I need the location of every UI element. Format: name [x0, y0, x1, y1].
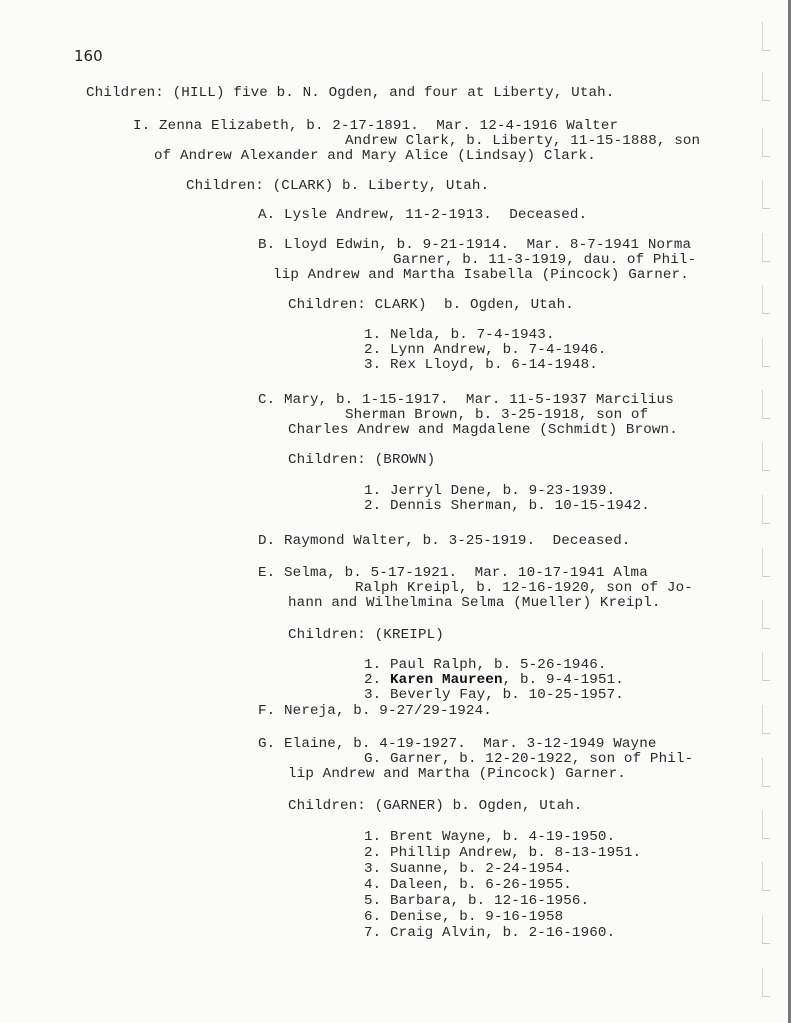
entry-b-child-3: 3. Rex Lloyd, b. 6-14-1948. — [364, 357, 598, 373]
entry-b-children-heading: Children: CLARK) b. Ogden, Utah. — [288, 297, 574, 313]
entry-f-line1: F. Nereja, b. 9-27/29-1924. — [258, 703, 492, 719]
entry-i-line1: I. Zenna Elizabeth, b. 2-17-1891. Mar. 1… — [133, 118, 618, 134]
edge-mark — [762, 338, 770, 367]
entry-c-children-heading: Children: (BROWN) — [288, 452, 435, 468]
entry-e-child-1: 1. Paul Ralph, b. 5-26-1946. — [364, 657, 607, 673]
edge-mark — [762, 390, 770, 419]
entry-e-line2: Ralph Kreipl, b. 12-16-1920, son of Jo- — [355, 580, 693, 596]
entry-i-line2: Andrew Clark, b. Liberty, 11-15-1888, so… — [345, 133, 700, 149]
edge-mark — [762, 285, 770, 314]
edge-mark — [762, 600, 770, 629]
entry-e-child-3: 3. Beverly Fay, b. 10-25-1957. — [364, 687, 624, 703]
edge-mark — [762, 22, 770, 51]
entry-b-line2: Garner, b. 11-3-1919, dau. of Phil- — [393, 252, 696, 268]
entry-i-line3: of Andrew Alexander and Mary Alice (Lind… — [154, 148, 596, 164]
edge-mark — [762, 442, 770, 471]
entry-c-line2: Sherman Brown, b. 3-25-1918, son of — [345, 407, 648, 423]
entry-i-children-heading: Children: (CLARK) b. Liberty, Utah. — [186, 178, 489, 194]
entry-g-child-7: 7. Craig Alvin, b. 2-16-1960. — [364, 925, 615, 941]
edge-mark — [762, 758, 770, 787]
entry-c-line3: Charles Andrew and Magdalene (Schmidt) B… — [288, 422, 678, 438]
edge-mark — [762, 180, 770, 209]
edge-mark — [762, 233, 770, 262]
entry-g-child-6: 6. Denise, b. 9-16-1958 — [364, 909, 563, 925]
intro-line: Children: (HILL) five b. N. Ogden, and f… — [86, 85, 615, 101]
entry-d-line1: D. Raymond Walter, b. 3-25-1919. Decease… — [258, 533, 631, 549]
entry-c-line1: C. Mary, b. 1-15-1917. Mar. 11-5-1937 Ma… — [258, 392, 674, 408]
edge-mark — [762, 128, 770, 157]
entry-b-child-2: 2. Lynn Andrew, b. 7-4-1946. — [364, 342, 607, 358]
entry-a-line1: A. Lysle Andrew, 11-2-1913. Deceased. — [258, 207, 587, 223]
edge-mark — [762, 862, 770, 891]
child-2-name: Karen Maureen — [390, 672, 503, 688]
entry-g-child-1: 1. Brent Wayne, b. 4-19-1950. — [364, 829, 615, 845]
entry-b-line1: B. Lloyd Edwin, b. 9-21-1914. Mar. 8-7-1… — [258, 237, 691, 253]
child-2-number: 2. — [364, 672, 390, 688]
edge-mark — [762, 652, 770, 681]
entry-e-line3: hann and Wilhelmina Selma (Mueller) Krei… — [288, 595, 661, 611]
edge-mark — [762, 968, 770, 997]
entry-e-child-2: 2. Karen Maureen, b. 9-4-1951. — [364, 672, 624, 688]
edge-mark — [762, 705, 770, 734]
edge-mark — [762, 72, 770, 101]
edge-mark — [762, 495, 770, 524]
child-2-date: , b. 9-4-1951. — [503, 672, 624, 688]
entry-g-child-2: 2. Phillip Andrew, b. 8-13-1951. — [364, 845, 641, 861]
entry-g-line1: G. Elaine, b. 4-19-1927. Mar. 3-12-1949 … — [258, 736, 657, 752]
entry-g-line2: G. Garner, b. 12-20-1922, son of Phil- — [364, 751, 693, 767]
entry-g-child-4: 4. Daleen, b. 6-26-1955. — [364, 877, 572, 893]
entry-g-child-3: 3. Suanne, b. 2-24-1954. — [364, 861, 572, 877]
entry-g-children-heading: Children: (GARNER) b. Ogden, Utah. — [288, 798, 583, 814]
entry-g-line3: lip Andrew and Martha (Pincock) Garner. — [288, 766, 626, 782]
entry-c-child-1: 1. Jerryl Dene, b. 9-23-1939. — [364, 483, 615, 499]
entry-b-line3: lip Andrew and Martha Isabella (Pincock)… — [273, 267, 689, 283]
edge-mark — [762, 915, 770, 944]
entry-g-child-5: 5. Barbara, b. 12-16-1956. — [364, 893, 589, 909]
page-number: 160 — [74, 47, 103, 65]
entry-c-child-2: 2. Dennis Sherman, b. 10-15-1942. — [364, 498, 650, 514]
entry-e-children-heading: Children: (KREIPL) — [288, 627, 444, 643]
edge-mark — [762, 810, 770, 839]
edge-mark — [762, 548, 770, 577]
entry-b-child-1: 1. Nelda, b. 7-4-1943. — [364, 327, 555, 343]
entry-e-line1: E. Selma, b. 5-17-1921. Mar. 10-17-1941 … — [258, 565, 648, 581]
